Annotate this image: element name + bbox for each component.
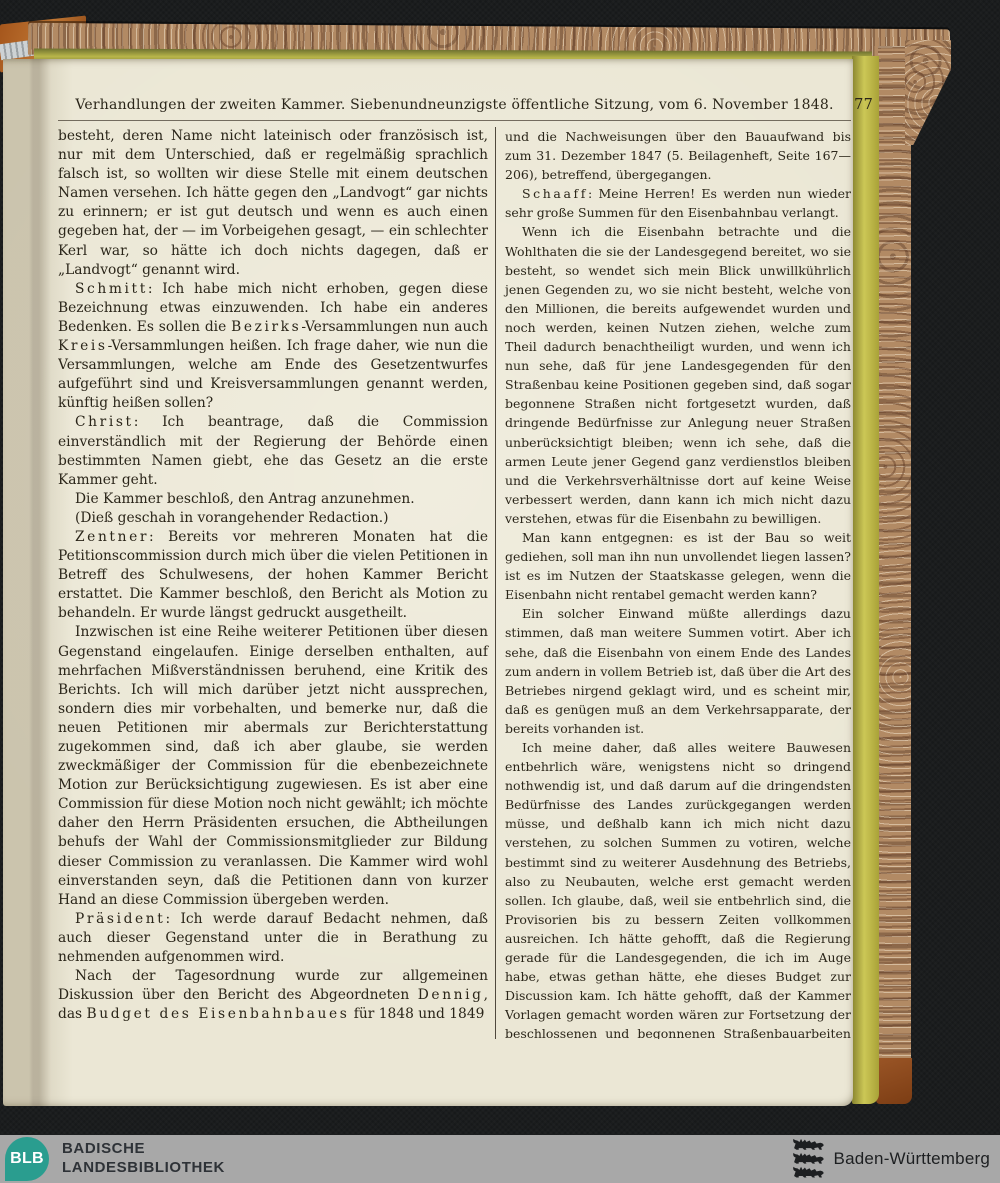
letterspaced-name: Bezirks bbox=[231, 319, 301, 335]
text-segment: -Versammlungen nun auch bbox=[301, 319, 488, 335]
text-segment: (Dieß geschah in vorangehender Redaction… bbox=[75, 510, 388, 526]
state-name: Baden-Württemberg bbox=[834, 1149, 990, 1169]
paragraph: Präsident: Ich werde darauf Bedacht nehm… bbox=[58, 910, 488, 967]
paragraph: Ich meine daher, daß alles weitere Bauwe… bbox=[505, 738, 851, 1039]
letterspaced-name: Budget des Eisenbahnbaues bbox=[87, 1006, 350, 1022]
blb-logo: BLB bbox=[5, 1137, 49, 1181]
blb-logo-text: BLB bbox=[10, 1150, 44, 1168]
paragraph: Schaaff: Meine Herren! Es werden nun wie… bbox=[505, 184, 851, 222]
book-cover-marble-right-edge bbox=[878, 46, 911, 1098]
letterspaced-name: Schmitt bbox=[75, 281, 148, 297]
running-head-title: Verhandlungen der zweiten Kammer. Sieben… bbox=[75, 97, 833, 113]
book-cover-marble-right-wedge bbox=[905, 40, 951, 145]
text-segment: Man kann entgegnen: es ist der Bau so we… bbox=[505, 530, 851, 602]
paragraph: (Dieß geschah in vorangehender Redaction… bbox=[58, 509, 488, 528]
baden-wuerttemberg-lions-icon bbox=[791, 1138, 825, 1180]
paragraph: und die Nachweisungen über den Bauaufwan… bbox=[505, 127, 851, 184]
text-segment: Ich meine daher, daß alles weitere Bauwe… bbox=[505, 740, 851, 1039]
head-rule bbox=[58, 120, 851, 121]
library-name-line1: BADISCHE bbox=[62, 1139, 225, 1158]
letterspaced-name: Christ bbox=[75, 414, 134, 430]
state-branding: Baden-Württemberg bbox=[791, 1135, 990, 1183]
column-right: und die Nachweisungen über den Bauaufwan… bbox=[495, 127, 851, 1039]
letterspaced-name: Schaaff bbox=[522, 186, 588, 201]
paragraph: Schmitt: Ich habe mich nicht erhoben, ge… bbox=[58, 280, 488, 414]
paragraph: besteht, deren Name nicht lateinisch ode… bbox=[58, 127, 488, 280]
paragraph: Christ: Ich beantrage, daß die Commissio… bbox=[58, 413, 488, 489]
text-segment: Ein solcher Einwand müßte allerdings daz… bbox=[505, 606, 851, 736]
letterspaced-name: Kreis bbox=[58, 338, 108, 354]
text-segment: Die Kammer beschloß, den Antrag anzunehm… bbox=[75, 491, 415, 507]
paragraph: Die Kammer beschloß, den Antrag anzunehm… bbox=[58, 490, 488, 509]
text-segment: besteht, deren Name nicht lateinisch ode… bbox=[58, 128, 488, 278]
letterspaced-name: Präsident bbox=[75, 911, 165, 927]
scanned-page: Verhandlungen der zweiten Kammer. Sieben… bbox=[3, 59, 853, 1106]
book-fore-edge bbox=[852, 56, 879, 1104]
paragraph: Nach der Tagesordnung wurde zur allgemei… bbox=[58, 967, 488, 1024]
library-name: BADISCHE LANDESBIBLIOTHEK bbox=[62, 1139, 225, 1177]
book-corner-leather-bottom-right bbox=[876, 1058, 912, 1104]
page-number: 77 bbox=[854, 97, 873, 113]
paragraph: Ein solcher Einwand müßte allerdings daz… bbox=[505, 604, 851, 738]
letterspaced-name: Zentner bbox=[75, 529, 149, 545]
text-segment: und die Nachweisungen über den Bauaufwan… bbox=[505, 129, 851, 182]
text-segment: -Versammlungen heißen. Ich frage daher, … bbox=[58, 338, 488, 411]
running-head: Verhandlungen der zweiten Kammer. Sieben… bbox=[58, 97, 851, 113]
paragraph: Inzwischen ist eine Reihe weiterer Petit… bbox=[58, 623, 488, 909]
text-segment: für 1848 und 1849 bbox=[349, 1006, 484, 1022]
footer-branding-bar: BLB BADISCHE LANDESBIBLIOTHEK Baden-Würt… bbox=[0, 1135, 1000, 1183]
letterspaced-name: Dennig bbox=[418, 987, 484, 1003]
text-segment: Wenn ich die Eisenbahn betrachte und die… bbox=[505, 224, 851, 525]
text-columns: besteht, deren Name nicht lateinisch ode… bbox=[58, 127, 851, 1039]
column-left: besteht, deren Name nicht lateinisch ode… bbox=[58, 127, 495, 1039]
paragraph: Zentner: Bereits vor mehreren Monaten ha… bbox=[58, 528, 488, 623]
text-segment: Inzwischen ist eine Reihe weiterer Petit… bbox=[58, 624, 488, 907]
paragraph: Wenn ich die Eisenbahn betrachte und die… bbox=[505, 222, 851, 528]
paragraph: Man kann entgegnen: es ist der Bau so we… bbox=[505, 528, 851, 604]
library-name-line2: LANDESBIBLIOTHEK bbox=[62, 1158, 225, 1177]
